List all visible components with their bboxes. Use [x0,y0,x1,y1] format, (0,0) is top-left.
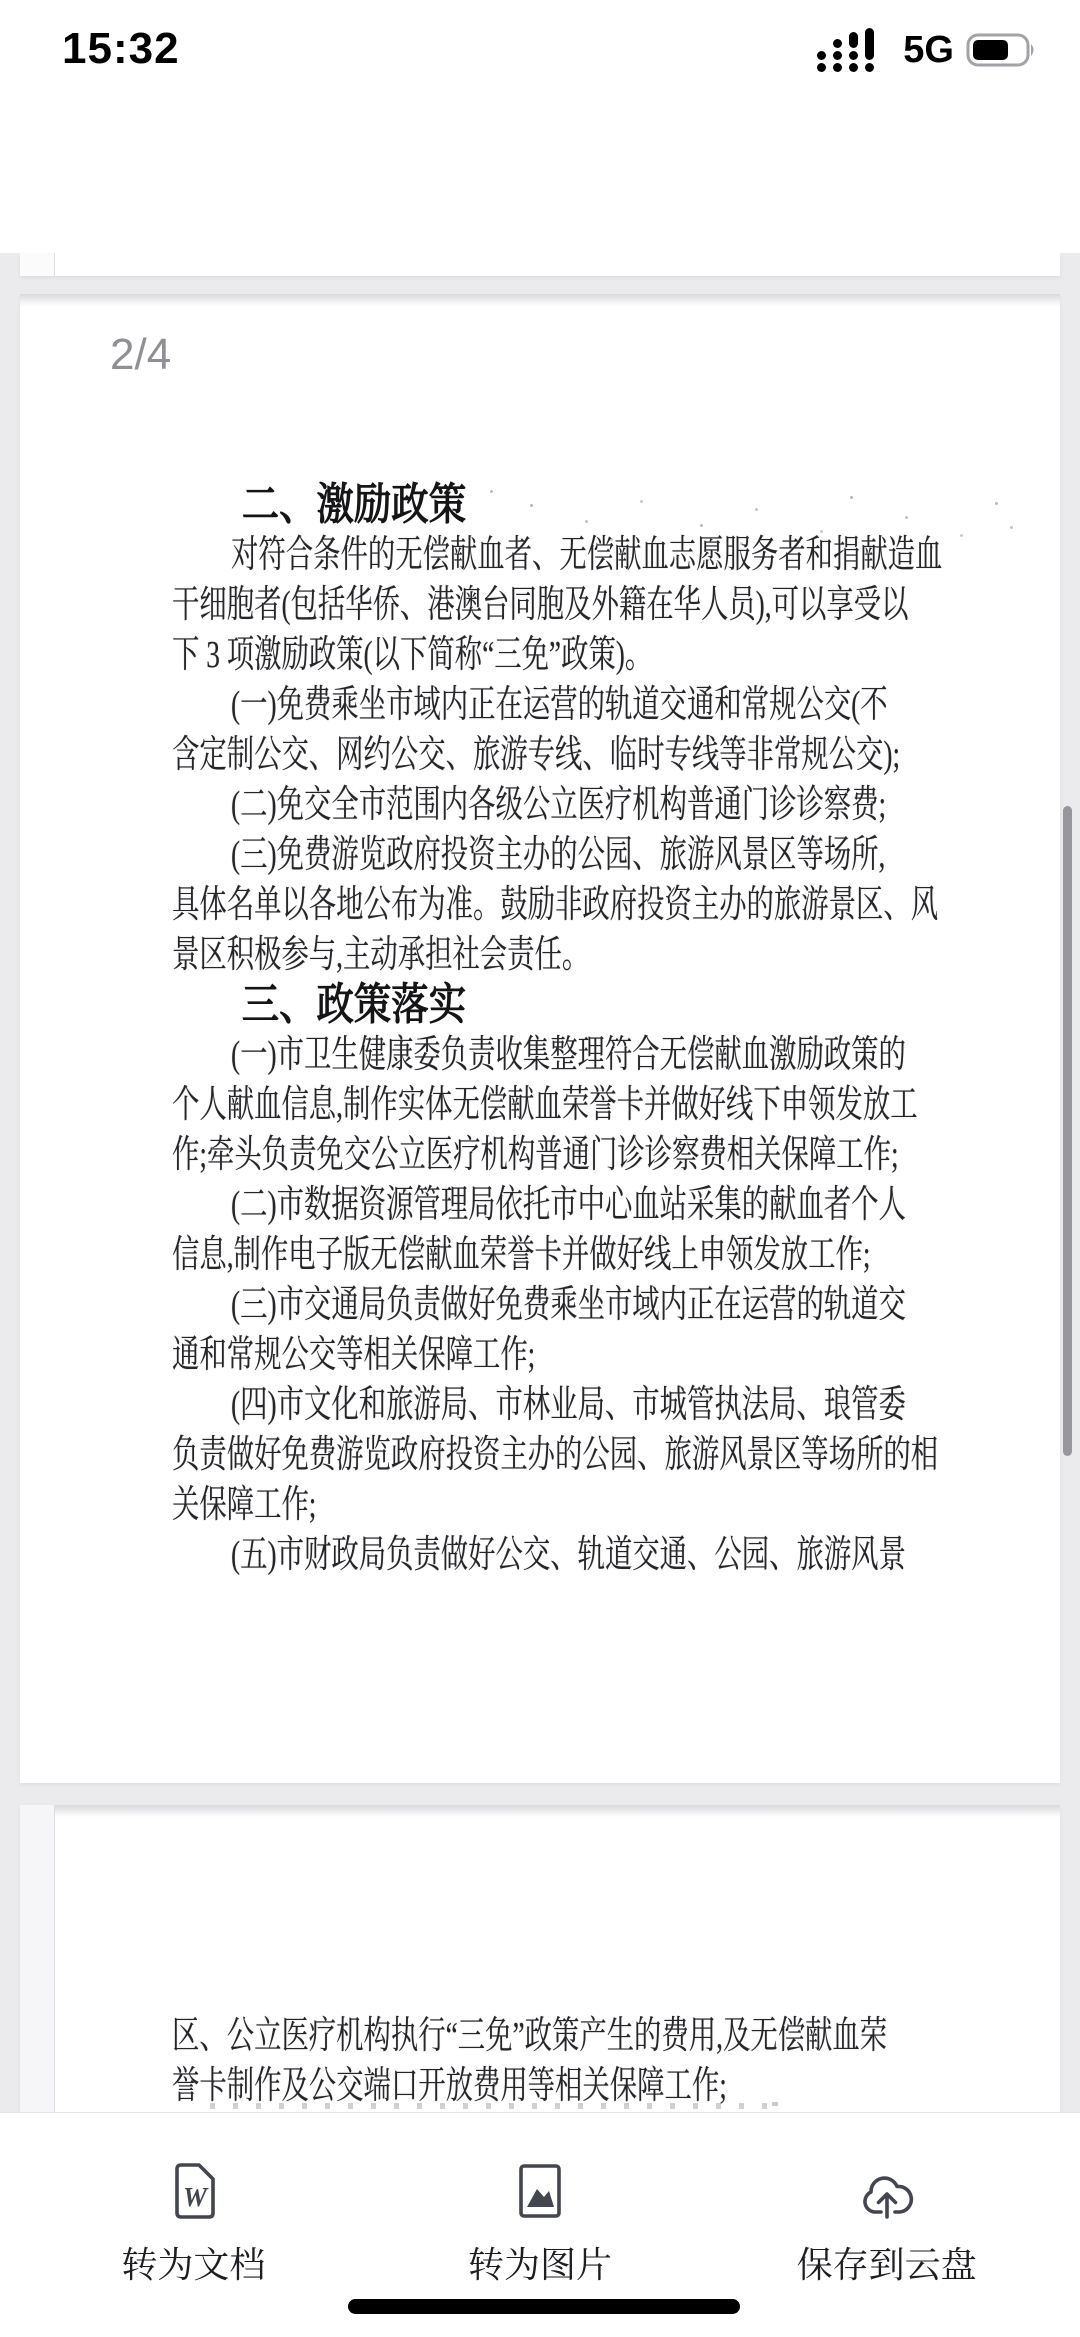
convert-to-doc-button[interactable]: W 转为文档 [20,2113,367,2288]
status-time: 15:32 [62,24,180,74]
doc-text-line: 对符合条件的无偿献血者、无偿献血志愿服务者和捐献造血 [172,530,783,580]
doc-text-line: (二)市数据资源管理局依托市中心血站采集的献血者个人 [172,1180,783,1230]
doc-text-line: (五)市财政局负责做好公交、轨道交通、公园、旅游风景 [172,1530,783,1580]
doc-text-line: 具体名单以各地公布为准。鼓励非政府投资主办的旅游景区、风 [172,880,783,930]
doc-text-line: 景区积极参与,主动承担社会责任。 [172,930,783,980]
clipped-text-row [210,2103,770,2109]
tool-label: 转为文档 [121,2237,265,2288]
doc-text-line: 个人献血信息,制作实体无偿献血荣誉卡并做好线下申领发放工 [172,1080,783,1130]
nav-bar: 关于贯彻落实无偿... [0,100,1080,253]
doc-text-line: 通和常规公交等相关保障工作; [172,1330,783,1380]
document-page-3-fragment: 区、公立医疗机构执行“三免”政策产生的费用,及无偿献血荣誉卡制作及公交端口开放费… [20,1805,1060,2112]
page-3-text: 区、公立医疗机构执行“三免”政策产生的费用,及无偿献血荣誉卡制作及公交端口开放费… [172,2011,1020,2111]
doc-text-line: (四)市文化和旅游局、市林业局、市城管执法局、琅管委 [172,1380,783,1430]
doc-text-line: 下 3 项激励政策(以下简称“三免”政策)。 [172,630,783,680]
doc-text-line: (一)市卫生健康委负责收集整理符合无偿献血激励政策的 [172,1030,783,1080]
image-icon [508,2159,572,2223]
convert-to-image-button[interactable]: 转为图片 [367,2113,714,2288]
doc-text-line: (三)免费游览政府投资主办的公园、旅游风景区等场所, [172,830,783,880]
file-preview-screen: 15:32 5G 关于贯彻落实无偿... [0,0,1080,2337]
status-bar: 15:32 5G [0,0,1080,100]
doc-text-line: 负责做好免费游览政府投资主办的公园、旅游风景区等场所的相 [172,1430,783,1480]
svg-text:W: W [183,2182,209,2212]
status-right-cluster: 5G [817,28,1038,72]
doc-text-line: (二)免交全市范围内各级公立医疗机构普通门诊诊察费; [172,780,783,830]
doc-text-line: (一)免费乘坐市域内正在运营的轨道交通和常规公交(不 [172,680,783,730]
network-type-label: 5G [903,29,954,72]
scan-page-edge [20,253,55,276]
battery-icon [966,31,1038,69]
doc-text-line: 含定制公交、网约公交、旅游专线、临时专线等非常规公交); [172,730,783,780]
cellular-signal-icon [817,28,891,72]
save-to-cloud-button[interactable]: 保存到云盘 [713,2113,1060,2288]
doc-heading-line: 二、激励政策 [172,480,893,530]
scrollbar-thumb[interactable] [1063,806,1072,1456]
doc-text-line: 干细胞者(包括华侨、港澳台同胞及外籍在华人员),可以享受以 [172,580,783,630]
cloud-upload-icon [855,2159,919,2223]
word-doc-icon: W [161,2159,225,2223]
home-indicator[interactable] [348,2299,740,2314]
doc-heading-line: 三、政策落实 [172,980,893,1030]
doc-text-line: 信息,制作电子版无偿献血荣誉卡并做好线上申领发放工作; [172,1230,783,1280]
doc-text-line: 关保障工作; [172,1480,783,1530]
tool-label: 转为图片 [468,2237,612,2288]
scan-page-edge [20,1805,55,2112]
document-scroll-area[interactable]: 2/4 二、激励政策对符合条件的无偿献血者、无偿献血志愿服务者和捐献造血干细胞者… [0,253,1080,2112]
doc-text-line: 区、公立医疗机构执行“三免”政策产生的费用,及无偿献血荣 [172,2011,783,2061]
document-page-2: 2/4 二、激励政策对符合条件的无偿献血者、无偿献血志愿服务者和捐献造血干细胞者… [20,294,1060,1783]
page-indicator: 2/4 [110,330,171,380]
tool-label: 保存到云盘 [797,2237,977,2288]
page-2-text: 二、激励政策对符合条件的无偿献血者、无偿献血志愿服务者和捐献造血干细胞者(包括华… [172,480,1020,1580]
previous-page-bottom-edge [20,253,1060,276]
doc-text-line: 作;牵头负责免交公立医疗机构普通门诊诊察费相关保障工作; [172,1130,783,1180]
doc-text-line: (三)市交通局负责做好免费乘坐市域内正在运营的轨道交 [172,1280,783,1330]
scan-noise [772,2102,778,2106]
